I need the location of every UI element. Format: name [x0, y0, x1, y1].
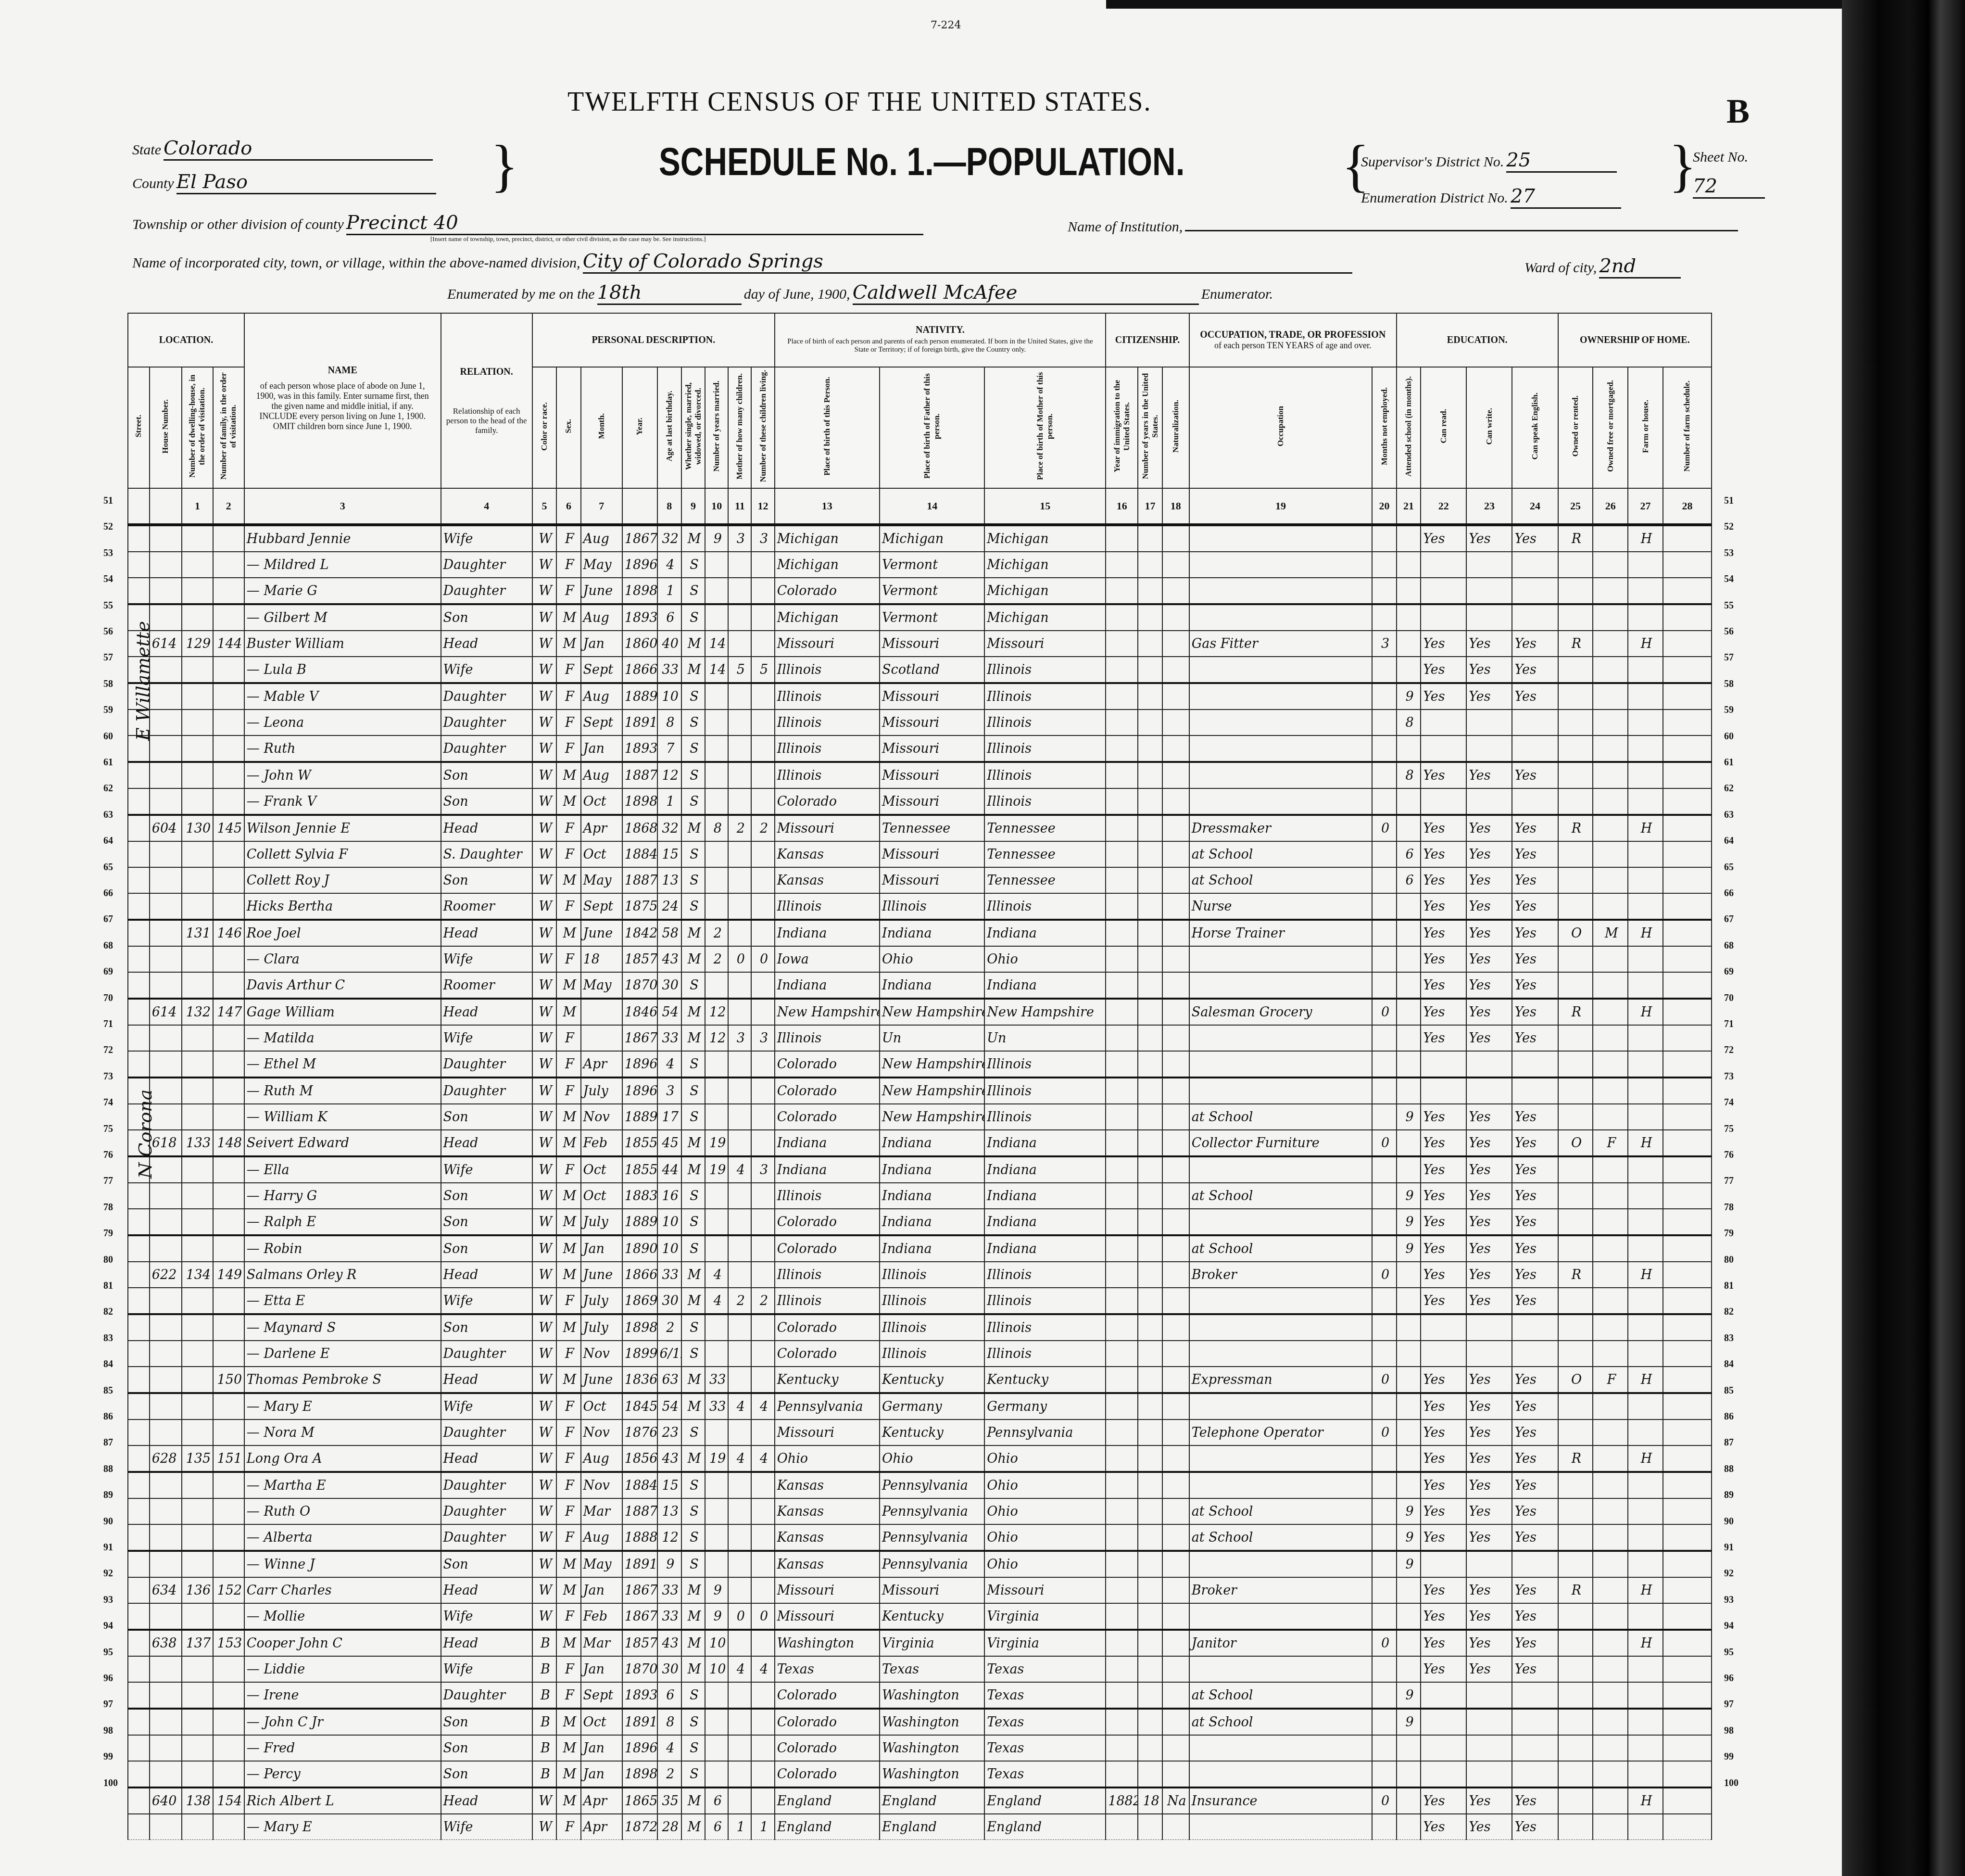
- column-header: House Number.: [150, 367, 182, 488]
- state-value: Colorado: [164, 137, 433, 161]
- cell-ym: 12: [705, 1025, 728, 1051]
- cell-eng: [1512, 1341, 1558, 1367]
- cell-age: 6: [657, 604, 681, 631]
- table-row: — EllaWifeWFOct185544M1943IndianaIndiana…: [128, 1156, 1712, 1183]
- cell-fam: [213, 1420, 244, 1445]
- line-number: 88: [1724, 1464, 1734, 1475]
- cell-farm: [1663, 762, 1712, 788]
- cell-house: [150, 1735, 182, 1761]
- name-description: of each person whose place of abode on J…: [245, 376, 441, 436]
- cell-fh: [1628, 1420, 1663, 1445]
- cell-year: 1896: [622, 1735, 657, 1761]
- cell-rel: Wife: [441, 1656, 532, 1682]
- cell-occ: [1189, 683, 1373, 710]
- cell-pb: Colorado: [775, 1761, 880, 1787]
- cell-cl: [751, 1761, 774, 1787]
- street-name-2: N Corona: [135, 1090, 156, 1179]
- cell-street: [128, 1603, 150, 1630]
- cell-read: Yes: [1421, 1472, 1466, 1498]
- cell-occ: Broker: [1189, 1262, 1373, 1288]
- cell-ms: S: [681, 1472, 705, 1498]
- cell-rel: Son: [441, 788, 532, 815]
- cell-fh: H: [1628, 1367, 1663, 1393]
- cell-mc: [728, 578, 751, 604]
- ward-field: Ward of city, 2nd: [1524, 255, 1681, 279]
- cell-occ: at School: [1189, 1498, 1373, 1524]
- column-header: Number of years married.: [705, 367, 728, 488]
- cell-fb: Missouri: [880, 1577, 984, 1603]
- line-number: 87: [103, 1437, 113, 1448]
- cell-fam: [213, 1656, 244, 1682]
- enumerated-prefix: Enumerated by me on the: [447, 286, 595, 302]
- cell-read: [1421, 1735, 1466, 1761]
- cell-ym: [705, 1077, 728, 1104]
- cell-farm: [1663, 1235, 1712, 1262]
- cell-occ: Dressmaker: [1189, 815, 1373, 841]
- cell-ym: [705, 867, 728, 893]
- cell-month: Sept: [581, 657, 622, 683]
- cell-imm: [1106, 525, 1138, 552]
- cell-year: 1891: [622, 710, 657, 735]
- cell-nat: [1162, 1472, 1189, 1498]
- cell-fh: [1628, 788, 1663, 815]
- cell-year: 1867: [622, 1603, 657, 1630]
- cell-year: 1898: [622, 1314, 657, 1341]
- cell-pb: Indiana: [775, 972, 880, 999]
- line-number: 63: [103, 810, 113, 821]
- cell-own: R: [1558, 1262, 1593, 1288]
- cell-house: [150, 1314, 182, 1341]
- cell-yrs: [1138, 1104, 1162, 1130]
- cell-write: Yes: [1466, 1288, 1512, 1314]
- cell-ym: [705, 1341, 728, 1367]
- cell-color: W: [532, 893, 556, 920]
- cell-sch: [1397, 1025, 1421, 1051]
- cell-rel: Son: [441, 1314, 532, 1341]
- cell-street: [128, 815, 150, 841]
- cell-nat: [1162, 1130, 1189, 1156]
- cell-year: 1896: [622, 552, 657, 578]
- cell-yrs: [1138, 1735, 1162, 1761]
- cell-age: 10: [657, 1209, 681, 1235]
- cell-cl: [751, 1735, 774, 1761]
- cell-dw: [182, 1051, 213, 1077]
- cell-occ: [1189, 1472, 1373, 1498]
- cell-rel: Daughter: [441, 683, 532, 710]
- cell-fb: Scotland: [880, 657, 984, 683]
- cell-month: Apr: [581, 1814, 622, 1840]
- cell-fb: Missouri: [880, 762, 984, 788]
- table-row: — Nora MDaughterWFNov187623SMissouriKent…: [128, 1420, 1712, 1445]
- cell-mne: [1372, 1051, 1396, 1077]
- cell-dw: [182, 972, 213, 999]
- cell-ms: M: [681, 1445, 705, 1472]
- cell-ym: [705, 788, 728, 815]
- cell-nat: [1162, 1656, 1189, 1682]
- cell-month: Oct: [581, 1183, 622, 1209]
- column-header-label: Age at last birthday.: [665, 391, 674, 461]
- cell-color: W: [532, 1603, 556, 1630]
- cell-fh: [1628, 1524, 1663, 1551]
- cell-mc: [728, 1314, 751, 1341]
- cell-fh: [1628, 762, 1663, 788]
- cell-dw: [182, 1682, 213, 1709]
- cell-ym: [705, 762, 728, 788]
- cell-mne: 0: [1372, 1262, 1396, 1288]
- cell-write: [1466, 552, 1512, 578]
- cell-ms: S: [681, 841, 705, 867]
- cell-farm: [1663, 1077, 1712, 1104]
- cell-fam: [213, 1288, 244, 1314]
- cell-month: Jan: [581, 735, 622, 762]
- line-number: 57: [1724, 652, 1734, 663]
- cell-eng: [1512, 1761, 1558, 1787]
- cell-mort: [1593, 1814, 1628, 1840]
- cell-color: W: [532, 1524, 556, 1551]
- cell-eng: [1512, 735, 1558, 762]
- cell-age: 33: [657, 1603, 681, 1630]
- cell-ms: M: [681, 1630, 705, 1656]
- cell-year: 1865: [622, 1787, 657, 1814]
- cell-name: — William K: [244, 1104, 441, 1130]
- cell-color: W: [532, 762, 556, 788]
- cell-imm: [1106, 1314, 1138, 1341]
- cell-sex: M: [556, 1209, 580, 1235]
- cell-year: 1889: [622, 1104, 657, 1130]
- cell-age: 35: [657, 1787, 681, 1814]
- enumerator-name: Caldwell McAfee: [853, 281, 1199, 305]
- cell-fb: Washington: [880, 1735, 984, 1761]
- cell-sch: [1397, 1472, 1421, 1498]
- cell-mne: [1372, 657, 1396, 683]
- cell-house: 638: [150, 1630, 182, 1656]
- cell-mc: [728, 1183, 751, 1209]
- cell-mort: M: [1593, 920, 1628, 946]
- township-note: [Insert name of township, town, precinct…: [430, 235, 923, 243]
- line-number: 51: [1724, 495, 1734, 507]
- cell-sex: M: [556, 1183, 580, 1209]
- cell-mb: Kentucky: [984, 1367, 1106, 1393]
- cell-eng: Yes: [1512, 815, 1558, 841]
- cell-house: [150, 1814, 182, 1840]
- cell-fam: 151: [213, 1445, 244, 1472]
- cell-house: [150, 762, 182, 788]
- cell-pb: England: [775, 1814, 880, 1840]
- cell-yrs: [1138, 1235, 1162, 1262]
- cell-street: [128, 1787, 150, 1814]
- cell-mort: [1593, 1077, 1628, 1104]
- cell-fh: [1628, 867, 1663, 893]
- cell-fb: Texas: [880, 1656, 984, 1682]
- cell-color: W: [532, 1025, 556, 1051]
- cell-eng: Yes: [1512, 683, 1558, 710]
- cell-ym: [705, 1183, 728, 1209]
- cell-farm: [1663, 604, 1712, 631]
- column-header-label: Street.: [134, 415, 143, 437]
- cell-sch: [1397, 1393, 1421, 1420]
- cell-ms: S: [681, 683, 705, 710]
- cell-yrs: [1138, 841, 1162, 867]
- cell-write: Yes: [1466, 946, 1512, 972]
- cell-rel: Head: [441, 1130, 532, 1156]
- cell-cl: [751, 999, 774, 1025]
- cell-fh: [1628, 1104, 1663, 1130]
- column-header-label: Attended school (in months).: [1404, 376, 1413, 477]
- column-number: 1: [182, 488, 213, 525]
- cell-farm: [1663, 1814, 1712, 1840]
- cell-ym: [705, 1314, 728, 1341]
- cell-house: [150, 1288, 182, 1314]
- cell-ym: [705, 683, 728, 710]
- line-number: 64: [103, 836, 113, 847]
- cell-month: Apr: [581, 815, 622, 841]
- cell-yrs: [1138, 578, 1162, 604]
- cell-color: W: [532, 1314, 556, 1341]
- cell-fb: Illinois: [880, 1262, 984, 1288]
- ward-label: Ward of city,: [1524, 260, 1597, 276]
- cell-farm: [1663, 972, 1712, 999]
- cell-imm: [1106, 1077, 1138, 1104]
- cell-nat: [1162, 1761, 1189, 1787]
- cell-pb: Indiana: [775, 920, 880, 946]
- city-label: Name of incorporated city, town, or vill…: [132, 255, 580, 271]
- cell-pb: Missouri: [775, 815, 880, 841]
- cell-color: W: [532, 1445, 556, 1472]
- cell-sex: M: [556, 631, 580, 657]
- cell-age: 12: [657, 762, 681, 788]
- cell-eng: Yes: [1512, 1393, 1558, 1420]
- cell-name: — Harry G: [244, 1183, 441, 1209]
- cell-farm: [1663, 1341, 1712, 1367]
- cell-write: [1466, 1341, 1512, 1367]
- cell-imm: [1106, 893, 1138, 920]
- column-number: 11: [728, 488, 751, 525]
- cell-fam: [213, 1393, 244, 1420]
- cell-street: [128, 1341, 150, 1367]
- cell-occ: at School: [1189, 1104, 1373, 1130]
- cell-pb: Illinois: [775, 710, 880, 735]
- cell-own: [1558, 710, 1593, 735]
- cell-sex: F: [556, 1682, 580, 1709]
- cell-dw: [182, 578, 213, 604]
- cell-house: [150, 1051, 182, 1077]
- cell-rel: Daughter: [441, 1498, 532, 1524]
- cell-sex: F: [556, 1524, 580, 1551]
- line-number: 74: [103, 1097, 113, 1108]
- cell-sch: [1397, 1262, 1421, 1288]
- line-number: 85: [103, 1385, 113, 1396]
- cell-fam: 145: [213, 815, 244, 841]
- cell-dw: [182, 604, 213, 631]
- cell-yrs: [1138, 1472, 1162, 1498]
- cell-read: Yes: [1421, 1445, 1466, 1472]
- cell-color: W: [532, 710, 556, 735]
- line-number: 84: [1724, 1359, 1734, 1370]
- cell-rel: Head: [441, 1630, 532, 1656]
- line-number: 72: [103, 1045, 113, 1056]
- cell-sch: [1397, 893, 1421, 920]
- cell-dw: 130: [182, 815, 213, 841]
- cell-ms: S: [681, 735, 705, 762]
- cell-name: Carr Charles: [244, 1577, 441, 1603]
- cell-cl: 0: [751, 1603, 774, 1630]
- cell-write: Yes: [1466, 1577, 1512, 1603]
- cell-cl: [751, 735, 774, 762]
- cell-imm: [1106, 1577, 1138, 1603]
- cell-month: Oct: [581, 1156, 622, 1183]
- cell-mne: [1372, 1551, 1396, 1577]
- cell-fb: Missouri: [880, 788, 984, 815]
- cell-mc: [728, 1551, 751, 1577]
- cell-rel: Wife: [441, 525, 532, 552]
- cell-mc: 3: [728, 525, 751, 552]
- cell-read: [1421, 710, 1466, 735]
- cell-imm: [1106, 1420, 1138, 1445]
- cell-read: [1421, 1761, 1466, 1787]
- cell-mb: Texas: [984, 1709, 1106, 1735]
- line-number: 81: [103, 1280, 113, 1292]
- cell-year: 1893: [622, 604, 657, 631]
- cell-mb: Indiana: [984, 1183, 1106, 1209]
- cell-ym: 33: [705, 1367, 728, 1393]
- cell-house: 604: [150, 815, 182, 841]
- cell-ms: M: [681, 920, 705, 946]
- cell-house: [150, 1367, 182, 1393]
- cell-fam: [213, 657, 244, 683]
- cell-mb: Un: [984, 1025, 1106, 1051]
- cell-ms: S: [681, 1524, 705, 1551]
- cell-dw: [182, 1498, 213, 1524]
- cell-year: 1866: [622, 1262, 657, 1288]
- cell-fam: [213, 867, 244, 893]
- cell-yrs: [1138, 604, 1162, 631]
- cell-mort: [1593, 525, 1628, 552]
- cell-mort: [1593, 972, 1628, 999]
- cell-color: W: [532, 841, 556, 867]
- table-row: — Ethel MDaughterWFApr18964SColoradoNew …: [128, 1051, 1712, 1077]
- cell-yrs: [1138, 1288, 1162, 1314]
- cell-nat: [1162, 604, 1189, 631]
- cell-house: [150, 1656, 182, 1682]
- column-header-label: Number of dwelling-house, in the order o…: [188, 368, 207, 484]
- cell-house: 634: [150, 1577, 182, 1603]
- cell-street: [128, 1209, 150, 1235]
- cell-write: Yes: [1466, 893, 1512, 920]
- cell-imm: [1106, 999, 1138, 1025]
- cell-mb: Illinois: [984, 1077, 1106, 1104]
- cell-fb: Indiana: [880, 1209, 984, 1235]
- cell-color: W: [532, 1235, 556, 1262]
- cell-ym: 9: [705, 1603, 728, 1630]
- cell-color: W: [532, 1787, 556, 1814]
- cell-yrs: [1138, 1630, 1162, 1656]
- cell-eng: Yes: [1512, 972, 1558, 999]
- cell-street: [128, 1367, 150, 1393]
- line-number: 73: [103, 1071, 113, 1082]
- cell-fb: Missouri: [880, 631, 984, 657]
- cell-fam: 150: [213, 1367, 244, 1393]
- cell-mne: [1372, 1735, 1396, 1761]
- cell-month: Aug: [581, 762, 622, 788]
- cell-sch: [1397, 1603, 1421, 1630]
- cell-house: [150, 1709, 182, 1735]
- cell-cl: [751, 1314, 774, 1341]
- cell-fam: 154: [213, 1787, 244, 1814]
- cell-eng: Yes: [1512, 1420, 1558, 1445]
- cell-own: [1558, 1420, 1593, 1445]
- cell-imm: [1106, 1262, 1138, 1288]
- cell-mb: Missouri: [984, 1577, 1106, 1603]
- line-number: 99: [1724, 1751, 1734, 1762]
- cell-house: [150, 1603, 182, 1630]
- cell-street: [128, 1183, 150, 1209]
- cell-color: W: [532, 525, 556, 552]
- column-header-label: Sex.: [564, 419, 573, 433]
- cell-ym: [705, 604, 728, 631]
- cell-age: 44: [657, 1156, 681, 1183]
- cell-rel: Wife: [441, 1603, 532, 1630]
- cell-read: Yes: [1421, 1209, 1466, 1235]
- cell-fh: H: [1628, 631, 1663, 657]
- cell-mc: [728, 1709, 751, 1735]
- cell-ym: [705, 841, 728, 867]
- cell-sex: F: [556, 1445, 580, 1472]
- cell-dw: [182, 841, 213, 867]
- line-number: 56: [103, 626, 113, 637]
- cell-age: 3: [657, 1077, 681, 1104]
- cell-ym: [705, 1498, 728, 1524]
- cell-yrs: [1138, 999, 1162, 1025]
- cell-mb: Indiana: [984, 1156, 1106, 1183]
- line-number: 68: [103, 940, 113, 951]
- cell-occ: [1189, 1735, 1373, 1761]
- cell-ym: 14: [705, 657, 728, 683]
- cell-mne: [1372, 1156, 1396, 1183]
- cell-farm: [1663, 999, 1712, 1025]
- cell-color: W: [532, 1262, 556, 1288]
- cell-write: [1466, 1761, 1512, 1787]
- cell-imm: [1106, 1735, 1138, 1761]
- cell-mort: [1593, 1524, 1628, 1551]
- cell-own: [1558, 1314, 1593, 1341]
- cell-color: W: [532, 1367, 556, 1393]
- cell-imm: 1882: [1106, 1787, 1138, 1814]
- cell-fam: [213, 525, 244, 552]
- cell-mne: [1372, 1183, 1396, 1209]
- cell-yrs: [1138, 972, 1162, 999]
- cell-mc: [728, 920, 751, 946]
- cell-occ: [1189, 1051, 1373, 1077]
- brace-close: }: [1669, 137, 1697, 195]
- line-number: 57: [103, 652, 113, 663]
- cell-sch: [1397, 735, 1421, 762]
- line-number: 86: [103, 1411, 113, 1422]
- cell-nat: [1162, 1077, 1189, 1104]
- cell-ym: [705, 735, 728, 762]
- cell-farm: [1663, 1735, 1712, 1761]
- cell-eng: Yes: [1512, 1630, 1558, 1656]
- line-number: 60: [1724, 731, 1734, 742]
- cell-year: 1867: [622, 1025, 657, 1051]
- occupation-description: of each person TEN YEARS of age and over…: [1190, 341, 1396, 351]
- cell-month: May: [581, 552, 622, 578]
- cell-fb: New Hampshire: [880, 1051, 984, 1077]
- cell-mc: [728, 972, 751, 999]
- cell-own: [1558, 1656, 1593, 1682]
- cell-mort: [1593, 1603, 1628, 1630]
- cell-read: Yes: [1421, 1420, 1466, 1445]
- cell-farm: [1663, 788, 1712, 815]
